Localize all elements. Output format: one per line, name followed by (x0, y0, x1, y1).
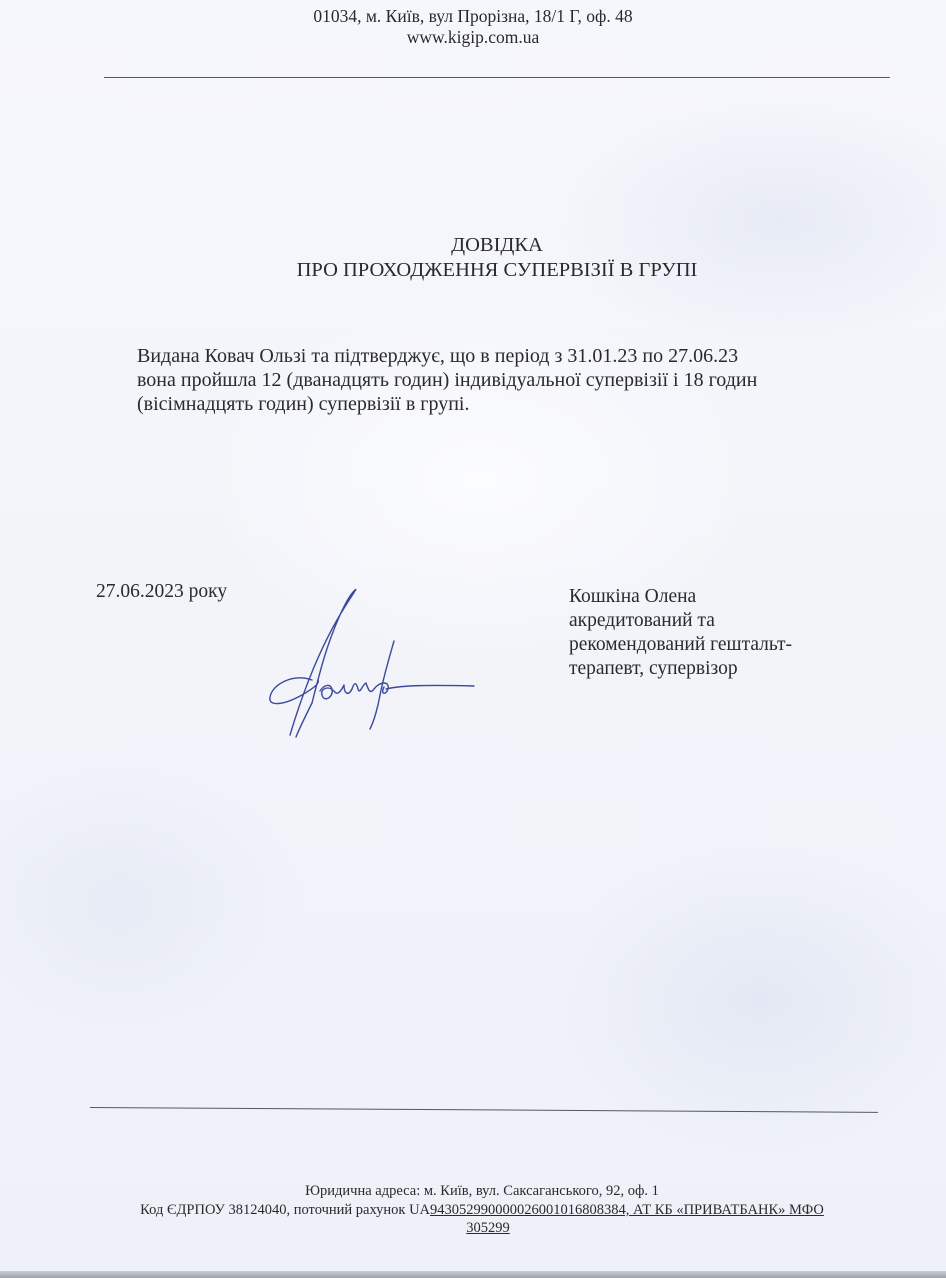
document-body: Видана Ковач Ользі та підтверджує, що в … (137, 344, 857, 416)
footer-mfo: 305299 (466, 1220, 510, 1236)
footer-edrpou: Код ЄДРПОУ 38124040, поточний рахунок UA (140, 1202, 430, 1218)
footer-mfo-line: 305299 (30, 1219, 946, 1237)
footer-account: 94305299000002600101680838­4, АТ КБ «ПРИ… (430, 1202, 824, 1218)
signer-title-line-2: рекомендований гештальт- (569, 633, 792, 657)
issue-date: 27.06.2023 року (96, 580, 227, 604)
signer-name: Кошкіна Олена (569, 585, 792, 609)
footer-legal-address: Юридична адреса: м. Київ, вул. Саксаганс… (18, 1182, 946, 1200)
signer-title-line-1: акредитований та (569, 609, 792, 633)
footer-bank-details: Код ЄДРПОУ 38124040, поточний рахунок UA… (18, 1201, 946, 1219)
document-subtitle: ПРО ПРОХОДЖЕННЯ СУПЕРВІЗІЇ В ГРУПІ (48, 258, 946, 282)
footer-divider (90, 1107, 878, 1113)
letterhead-website: www.kigip.com.ua (0, 27, 946, 47)
document-title: ДОВІДКА (48, 233, 946, 257)
body-line-2: вона пройшла 12 (дванадцять годин) індив… (137, 368, 857, 392)
page-bottom-edge (0, 1271, 946, 1278)
body-line-1: Видана Ковач Ользі та підтверджує, що в … (137, 344, 857, 368)
header-divider (104, 77, 890, 78)
signer-title-line-3: терапевт, супервізор (569, 657, 792, 681)
signature-icon (262, 585, 482, 745)
letterhead-address: 01034, м. Київ, вул Прорізна, 18/1 Г, оф… (0, 6, 946, 26)
signer-info: Кошкіна Олена акредитований та рекомендо… (569, 585, 792, 681)
body-line-3: (вісімнадцять годин) супервізії в групі. (137, 392, 857, 416)
